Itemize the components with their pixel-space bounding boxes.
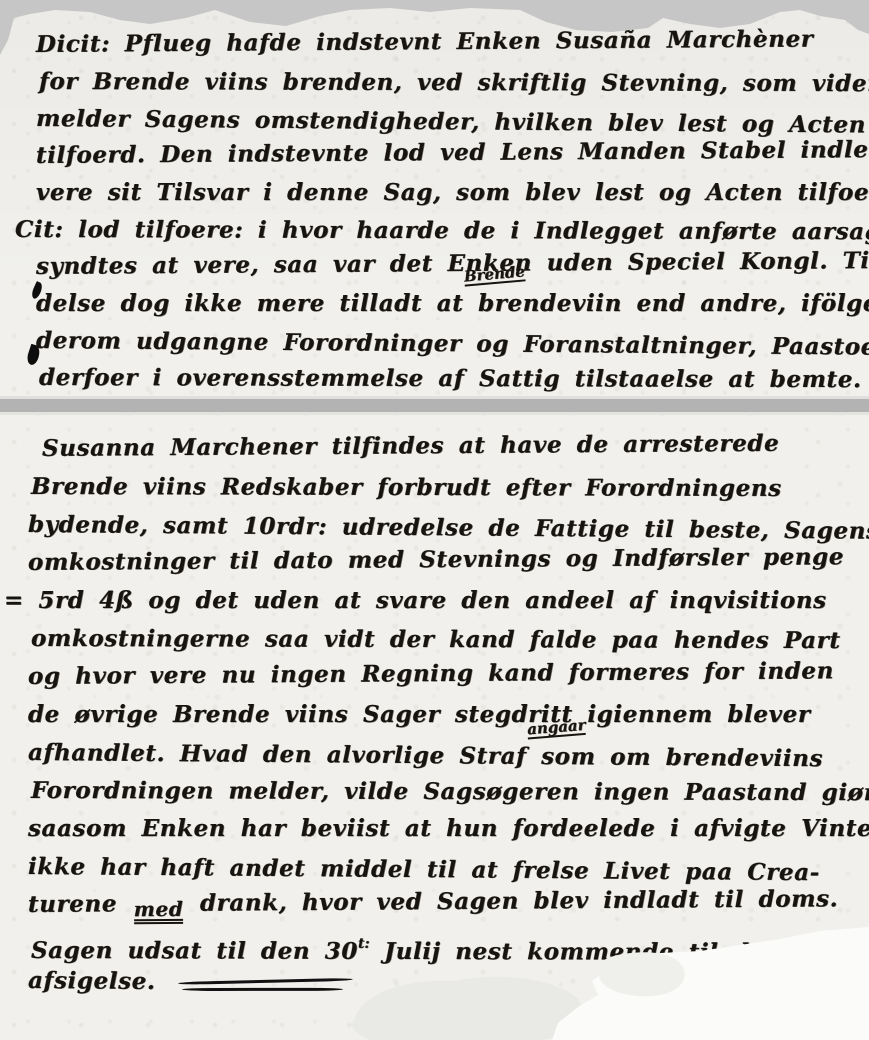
inserted-correction: Brende bbox=[464, 264, 526, 286]
line-fragment: som om brendeviins bbox=[541, 743, 823, 772]
handwritten-line: syndtes at vere, saa var det Enken uden … bbox=[36, 242, 869, 285]
upper-entry-text: Dicit: Pflueg hafde indstevnt Enken Susa… bbox=[36, 26, 869, 396]
handwritten-line: de øvrige Brende viins Sager stegdritt i… bbox=[28, 696, 869, 734]
handwritten-line: Brende viins Redskaber forbrudt efter Fo… bbox=[31, 468, 869, 508]
handwritten-line: delse dog ikke mere tilladt at Brendebre… bbox=[36, 285, 869, 322]
handwritten-line: for Brende viins brenden, ved skriftlig … bbox=[39, 63, 869, 102]
handwritten-line: derfoer i overensstemmelse af Sattig til… bbox=[39, 359, 869, 398]
handwritten-line: = 5rd 4ß og det uden at svare den andeel… bbox=[4, 582, 869, 620]
handwritten-line: saasom Enken har beviist at hun fordeele… bbox=[28, 810, 869, 848]
handwritten-line: tilfoerd. Den indstevnte lod ved Lens Ma… bbox=[36, 131, 869, 174]
section-divider bbox=[0, 399, 869, 412]
handwritten-line: omkostninger til dato med Stevnings og I… bbox=[28, 538, 869, 582]
line-fragment: brendeviin end andre, ifölge bbox=[478, 290, 869, 317]
handwritten-line: og hvor vere nu ingen Regning kand forme… bbox=[28, 652, 869, 696]
handwritten-line: Susanna Marchener tilfindes at have de a… bbox=[42, 424, 869, 468]
scanned-document-page: Dicit: Pflueg hafde indstevnt Enken Susa… bbox=[0, 0, 869, 1040]
handwritten-line: vere sit Tilsvar i denne Sag, som blev l… bbox=[36, 174, 869, 211]
torn-paper-edge bbox=[0, 0, 869, 60]
inserted-correction: angaar bbox=[527, 718, 587, 740]
handwritten-line: Forordningen melder, vilde Sagsøgeren in… bbox=[31, 772, 869, 812]
line-fragment: delse dog ikke mere tilladt at bbox=[36, 290, 478, 317]
scan-edge-blobs bbox=[0, 905, 869, 1040]
line-fragment: afhandlet. Hvad den alvorlige Straf bbox=[28, 739, 541, 770]
